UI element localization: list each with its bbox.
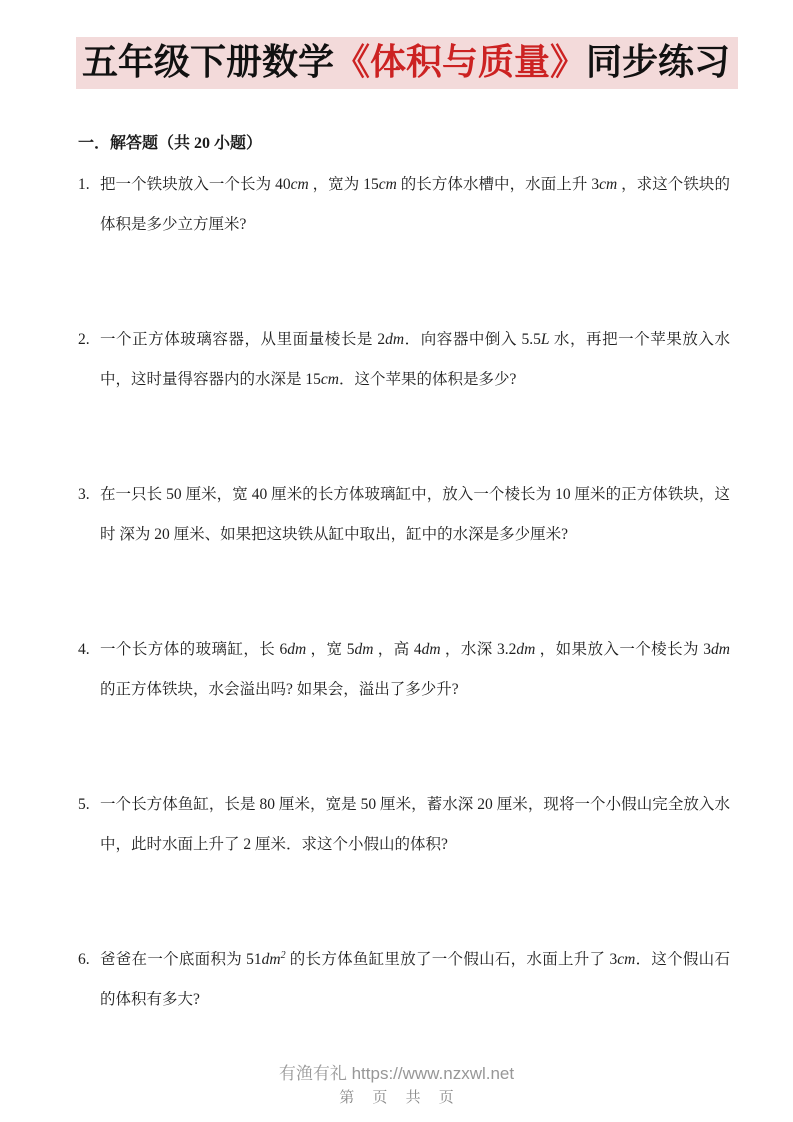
- question-unit: cm: [379, 176, 397, 193]
- section-header: 一．解答题（共 20 小题）: [78, 133, 730, 155]
- question-item: 4.一个长方体的玻璃缸，长 6dm ，宽 5dm ，高 4dm ，水深 3.2d…: [78, 630, 730, 710]
- question-segment: ，如果放入一个棱长为 3: [535, 641, 711, 658]
- title-row: 五年级下册数学《体积与质量》同步练习: [76, 37, 793, 89]
- question-segment: 在一只长 50 厘米，宽 40 厘米的长方体玻璃缸中，放入一个棱长为 10 厘米…: [100, 486, 730, 543]
- title-prefix: 五年级下册数学: [82, 41, 334, 82]
- question-unit: dm: [262, 951, 281, 968]
- question-segment: ．这个苹果的体积是多少?: [339, 371, 516, 388]
- question-unit: dm: [385, 331, 404, 348]
- page-title: 五年级下册数学《体积与质量》同步练习: [76, 37, 738, 89]
- title-highlight: 《体积与质量》: [334, 41, 586, 82]
- question-text: 把一个铁块放入一个长为 40cm ，宽为 15cm 的长方体水槽中，水面上升 3…: [100, 165, 730, 245]
- question-unit: dm: [287, 641, 306, 658]
- question-item: 6.爸爸在一个底面积为 51dm2 的长方体鱼缸里放了一个假山石，水面上升了 3…: [78, 940, 730, 1020]
- question-number: 3.: [78, 475, 100, 555]
- question-unit: cm: [599, 176, 617, 193]
- question-segment: 的长方体鱼缸里放了一个假山石，水面上升了 3: [286, 951, 618, 968]
- question-segment: 的长方体水槽中，水面上升 3: [397, 176, 599, 193]
- question-segment: ，水深 3.2: [441, 641, 517, 658]
- question-item: 3.在一只长 50 厘米，宽 40 厘米的长方体玻璃缸中，放入一个棱长为 10 …: [78, 475, 730, 555]
- question-segment: 一个长方体的玻璃缸，长 6: [100, 641, 287, 658]
- footer-page-label: 第 页 共 页: [0, 1088, 793, 1108]
- page-footer: 有渔有礼 https://www.nzxwl.net 第 页 共 页: [0, 1063, 793, 1108]
- question-unit: cm: [617, 951, 635, 968]
- worksheet-page: 五年级下册数学《体积与质量》同步练习 一．解答题（共 20 小题） 1.把一个铁…: [0, 0, 793, 1122]
- question-segment: ，宽为 15: [309, 176, 379, 193]
- question-item: 1.把一个铁块放入一个长为 40cm ，宽为 15cm 的长方体水槽中，水面上升…: [78, 165, 730, 245]
- question-text: 一个长方体的玻璃缸，长 6dm ，宽 5dm ，高 4dm ，水深 3.2dm …: [100, 630, 730, 710]
- footer-site-url: 有渔有礼 https://www.nzxwl.net: [0, 1063, 793, 1085]
- question-text: 爸爸在一个底面积为 51dm2 的长方体鱼缸里放了一个假山石，水面上升了 3cm…: [100, 940, 730, 1020]
- question-segment: 一个长方体鱼缸，长是 80 厘米，宽是 50 厘米，蓄水深 20 厘米，现将一个…: [100, 796, 730, 853]
- question-text: 在一只长 50 厘米，宽 40 厘米的长方体玻璃缸中，放入一个棱长为 10 厘米…: [100, 475, 730, 555]
- question-segment: ，高 4: [373, 641, 421, 658]
- question-segment: 的正方体铁块，水会溢出吗? 如果会，溢出了多少升?: [100, 681, 459, 698]
- title-suffix: 同步练习: [586, 41, 730, 82]
- question-number: 6.: [78, 940, 100, 1020]
- question-segment: ．向容器中倒入 5.5: [404, 331, 541, 348]
- question-number: 2.: [78, 320, 100, 400]
- question-text: 一个正方体玻璃容器，从里面量棱长是 2dm．向容器中倒入 5.5L 水，再把一个…: [100, 320, 730, 400]
- question-list: 1.把一个铁块放入一个长为 40cm ，宽为 15cm 的长方体水槽中，水面上升…: [0, 165, 793, 1020]
- question-unit: dm: [711, 641, 730, 658]
- question-item: 5.一个长方体鱼缸，长是 80 厘米，宽是 50 厘米，蓄水深 20 厘米，现将…: [78, 785, 730, 865]
- question-unit: cm: [291, 176, 309, 193]
- question-segment: 爸爸在一个底面积为 51: [100, 951, 262, 968]
- question-unit: dm: [516, 641, 535, 658]
- question-segment: 一个正方体玻璃容器，从里面量棱长是 2: [100, 331, 385, 348]
- question-segment: ，宽 5: [306, 641, 354, 658]
- question-unit: dm: [354, 641, 373, 658]
- question-number: 5.: [78, 785, 100, 865]
- question-number: 4.: [78, 630, 100, 710]
- question-unit: dm: [422, 641, 441, 658]
- question-segment: 把一个铁块放入一个长为 40: [100, 176, 291, 193]
- question-item: 2.一个正方体玻璃容器，从里面量棱长是 2dm．向容器中倒入 5.5L 水，再把…: [78, 320, 730, 400]
- question-text: 一个长方体鱼缸，长是 80 厘米，宽是 50 厘米，蓄水深 20 厘米，现将一个…: [100, 785, 730, 865]
- question-number: 1.: [78, 165, 100, 245]
- question-unit: cm: [321, 371, 339, 388]
